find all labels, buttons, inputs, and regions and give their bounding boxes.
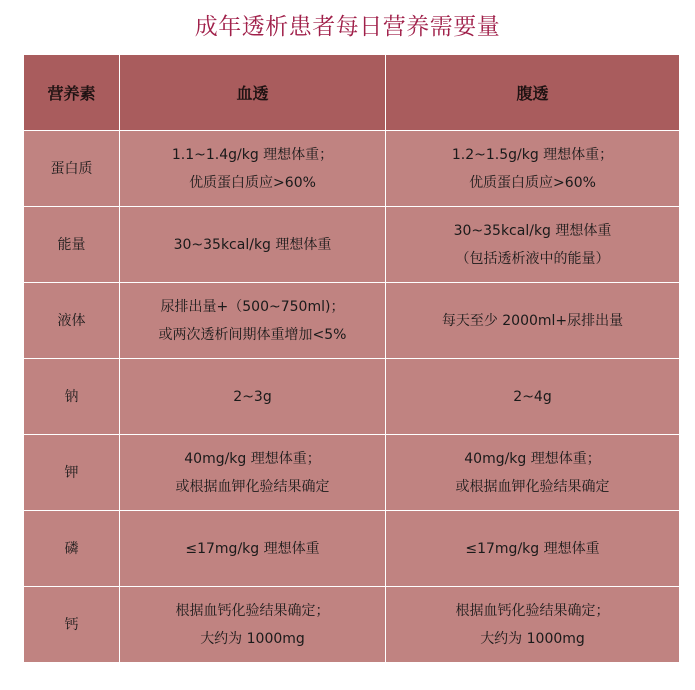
hd-value: 尿排出量+（500~750ml)；或两次透析间期体重增加<5% [120,283,386,359]
pd-value: 2~4g [386,359,680,435]
pd-value: 40mg/kg 理想体重；或根据血钾化验结果确定 [386,435,680,511]
cell-line: 或根据血钾化验结果确定 [392,473,673,501]
nutrient-name: 蛋白质 [24,131,120,207]
cell-line: 优质蛋白质应>60% [392,169,673,197]
cell-line: 或两次透析间期体重增加<5% [126,321,379,349]
nutrient-name: 能量 [24,207,120,283]
cell-line: 每天至少 2000ml+尿排出量 [392,307,673,335]
cell-line: 优质蛋白质应>60% [126,169,379,197]
nutrient-name: 钠 [24,359,120,435]
pd-value: 30~35kcal/kg 理想体重（包括透析液中的能量） [386,207,680,283]
nutrition-table: 营养素 血透 腹透 蛋白质 1.1~1.4g/kg 理想体重；优质蛋白质应>60… [23,54,680,663]
table-row: 磷 ≤17mg/kg 理想体重 ≤17mg/kg 理想体重 [24,511,680,587]
table-row: 液体 尿排出量+（500~750ml)；或两次透析间期体重增加<5% 每天至少 … [24,283,680,359]
nutrient-name: 液体 [24,283,120,359]
table-header-row: 营养素 血透 腹透 [24,55,680,131]
cell-line: 40mg/kg 理想体重； [126,445,379,473]
cell-line: 尿排出量+（500~750ml)； [126,293,379,321]
header-peritoneal-dialysis: 腹透 [386,55,680,131]
table-row: 蛋白质 1.1~1.4g/kg 理想体重；优质蛋白质应>60% 1.2~1.5g… [24,131,680,207]
cell-line: 2~3g [126,383,379,411]
cell-line: ≤17mg/kg 理想体重 [392,535,673,563]
hd-value: ≤17mg/kg 理想体重 [120,511,386,587]
cell-line: 大约为 1000mg [126,625,379,653]
table-row: 能量 30~35kcal/kg 理想体重 30~35kcal/kg 理想体重（包… [24,207,680,283]
table-row: 钙 根据血钙化验结果确定；大约为 1000mg 根据血钙化验结果确定；大约为 1… [24,587,680,663]
hd-value: 1.1~1.4g/kg 理想体重；优质蛋白质应>60% [120,131,386,207]
nutrient-name: 磷 [24,511,120,587]
cell-line: 根据血钙化验结果确定； [126,597,379,625]
cell-line: 30~35kcal/kg 理想体重 [126,231,379,259]
cell-line: 1.1~1.4g/kg 理想体重； [126,141,379,169]
pd-value: 每天至少 2000ml+尿排出量 [386,283,680,359]
cell-line: 大约为 1000mg [392,625,673,653]
page-title: 成年透析患者每日营养需要量 [0,8,695,41]
cell-line: 或根据血钾化验结果确定 [126,473,379,501]
header-hemodialysis: 血透 [120,55,386,131]
hd-value: 2~3g [120,359,386,435]
pd-value: ≤17mg/kg 理想体重 [386,511,680,587]
pd-value: 根据血钙化验结果确定；大约为 1000mg [386,587,680,663]
cell-line: （包括透析液中的能量） [392,245,673,273]
cell-line: 40mg/kg 理想体重； [392,445,673,473]
hd-value: 30~35kcal/kg 理想体重 [120,207,386,283]
cell-line: 2~4g [392,383,673,411]
hd-value: 根据血钙化验结果确定；大约为 1000mg [120,587,386,663]
nutrient-name: 钾 [24,435,120,511]
nutrient-name: 钙 [24,587,120,663]
cell-line: ≤17mg/kg 理想体重 [126,535,379,563]
header-nutrient: 营养素 [24,55,120,131]
pd-value: 1.2~1.5g/kg 理想体重；优质蛋白质应>60% [386,131,680,207]
hd-value: 40mg/kg 理想体重；或根据血钾化验结果确定 [120,435,386,511]
cell-line: 根据血钙化验结果确定； [392,597,673,625]
cell-line: 1.2~1.5g/kg 理想体重； [392,141,673,169]
table-row: 钾 40mg/kg 理想体重；或根据血钾化验结果确定 40mg/kg 理想体重；… [24,435,680,511]
cell-line: 30~35kcal/kg 理想体重 [392,217,673,245]
table-row: 钠 2~3g 2~4g [24,359,680,435]
